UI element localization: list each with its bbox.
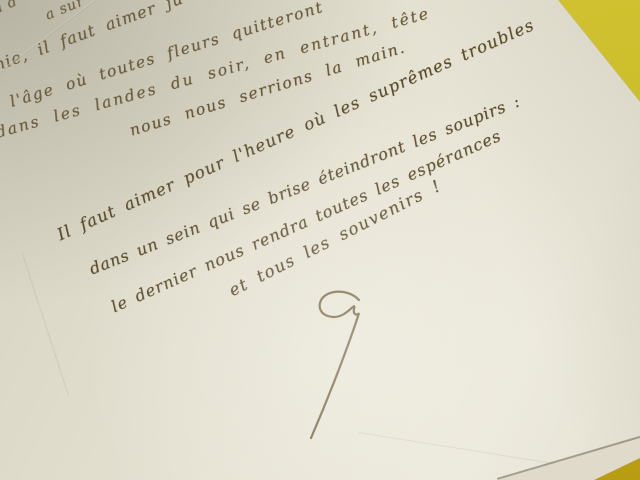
handwriting-fragment-1: à d <box>0 0 20 17</box>
paraphe-flourish-icon <box>293 286 373 446</box>
manuscript-page: à d a sur mie, il faut aimer ju à l'âge … <box>0 0 640 480</box>
handwriting-fragment-2: a sur <box>43 0 87 23</box>
paper-crease-left <box>22 252 69 395</box>
manuscript-photo: à d a sur mie, il faut aimer ju à l'âge … <box>0 0 640 480</box>
handwriting-line-3: dans les landes du soir, en entrant, têt… <box>0 4 432 142</box>
